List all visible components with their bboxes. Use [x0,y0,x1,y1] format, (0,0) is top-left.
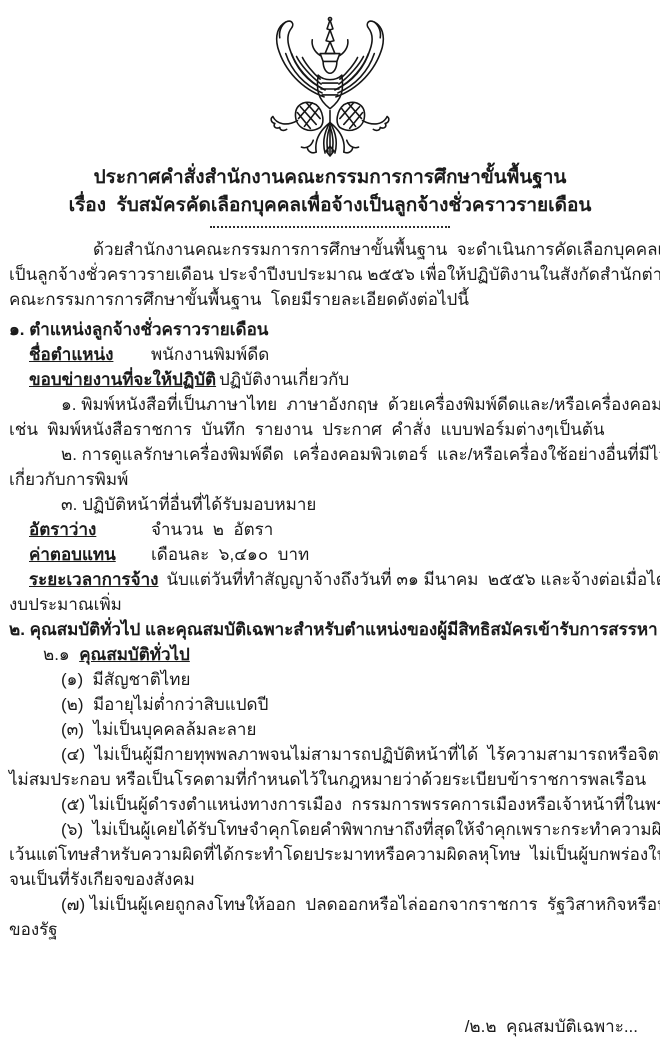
employment-period-label: ระยะเวลาการจ้าง [29,570,158,589]
intro-line-1: ด้วยสำนักงานคณะกรรมการการศึกษาขั้นพื้นฐา… [9,237,651,262]
position-value: พนักงานพิมพ์ดีด [151,345,269,364]
scope-label: ขอบข่ายงานที่จะให้ปฏิบัติ [29,367,219,392]
section1-heading: ๑. ตำแหน่งลูกจ้างชั่วคราวรายเดือน [9,317,651,342]
next-page-reference: /๒.๒ คุณสมบัติเฉพาะ... [465,1014,638,1039]
qualification-item-1: (๑) มีสัญชาติไทย [9,667,651,692]
scope-value: ปฏิบัติงานเกี่ยวกับ [219,370,349,389]
document-subject-line: เรื่อง รับสมัครคัดเลือกบุคคลเพื่อจ้างเป็… [0,192,660,220]
salary-label: ค่าตอบแทน [29,542,151,567]
garuda-emblem-icon [265,16,395,162]
duty-item-2-continuation: เกี่ยวกับการพิมพ์ [9,467,651,492]
position-label: ชื่อตำแหน่ง [29,342,151,367]
subsection-2-1-title: คุณสมบัติทั่วไป [79,645,190,664]
qualification-item-2: (๒) มีอายุไม่ต่ำกว่าสิบแปดปี [9,692,651,717]
document-page: ประกาศคำสั่งสำนักงานคณะกรรมการการศึกษาขั… [0,0,660,1061]
intro-line-3: คณะกรรมการการศึกษาขั้นพื้นฐาน โดยมีรายละ… [9,287,651,312]
dotted-separator [210,226,450,228]
qualification-item-6-continuation-2: จนเป็นที่รังเกียจของสังคม [9,867,651,892]
document-title-line1: ประกาศคำสั่งสำนักงานคณะกรรมการการศึกษาขั… [0,164,660,192]
qualification-item-7: (๗) ไม่เป็นผู้เคยถูกลงโทษให้ออก ปลดออกหร… [9,892,651,917]
qualification-item-3: (๓) ไม่เป็นบุคคลล้มละลาย [9,717,651,742]
position-row: ชื่อตำแหน่งพนักงานพิมพ์ดีด [9,342,651,367]
subsection-2-1-row: ๒.๑ คุณสมบัติทั่วไป [9,642,651,667]
salary-value: เดือนละ ๖,๔๑๐ บาท [151,545,309,564]
qualification-item-5: (๕) ไม่เป็นผู้ดำรงตำแหน่งทางการเมือง กรร… [9,792,651,817]
salary-row: ค่าตอบแทนเดือนละ ๖,๔๑๐ บาท [9,542,651,567]
subsection-2-1-number: ๒.๑ [43,645,70,664]
employment-period-value: นับแต่วันที่ทำสัญญาจ้างถึงวันที่ ๓๑ มีนา… [166,570,660,589]
qualification-item-7-continuation: ของรัฐ [9,917,651,942]
scope-row: ขอบข่ายงานที่จะให้ปฏิบัติปฏิบัติงานเกี่ย… [9,367,651,392]
duty-item-3: ๓. ปฏิบัติหน้าที่อื่นที่ได้รับมอบหมาย [9,492,651,517]
qualification-item-6-continuation-1: เว้นแต่โทษสำหรับความผิดที่ได้กระทำโดยประ… [9,842,651,867]
qualification-item-6: (๖) ไม่เป็นผู้เคยได้รับโทษจำคุกโดยคำพิพา… [9,817,651,842]
vacancy-value: จำนวน ๒ อัตรา [151,520,273,539]
intro-line-2: เป็นลูกจ้างชั่วคราวรายเดือน ประจำปีงบประ… [9,262,651,287]
duty-item-1-continuation: เช่น พิมพ์หนังสือราชการ บันทึก รายงาน ปร… [9,417,651,442]
vacancy-row: อัตราว่างจำนวน ๒ อัตรา [9,517,651,542]
duty-item-1: ๑. พิมพ์หนังสือที่เป็นภาษาไทย ภาษาอังกฤษ… [9,392,651,417]
employment-period-continuation: งบประมาณเพิ่ม [9,592,651,617]
qualification-item-4: (๔) ไม่เป็นผู้มีกายทุพพลภาพจนไม่สามารถปฏ… [9,742,651,767]
qualification-item-4-continuation: ไม่สมประกอบ หรือเป็นโรคตามที่กำหนดไว้ในก… [9,767,651,792]
employment-period-row: ระยะเวลาการจ้างนับแต่วันที่ทำสัญญาจ้างถึ… [9,567,651,592]
section2-heading: ๒. คุณสมบัติทั่วไป และคุณสมบัติเฉพาะสำหร… [9,617,651,642]
duty-item-2: ๒. การดูแลรักษาเครื่องพิมพ์ดีด เครื่องคอ… [9,442,651,467]
vacancy-label: อัตราว่าง [29,517,151,542]
